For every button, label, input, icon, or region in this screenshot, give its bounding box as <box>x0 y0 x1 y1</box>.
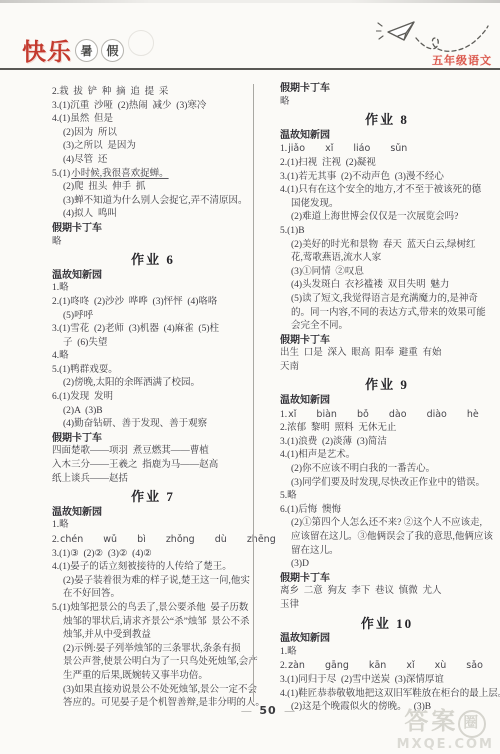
grade-subject-label: 五年级语文 <box>432 52 492 68</box>
section-heading: 温故知新园 <box>280 632 494 646</box>
page-header: 快乐暑假 五年级语文 <box>0 0 500 70</box>
line-text: 四面楚歌——项羽 煮豆燃萁——曹植 <box>52 446 209 456</box>
right-column: 假期卡丁车略作业 8温故知新园1.jiǎo xǐ liáo sǔn2.(1)扫视… <box>280 82 494 715</box>
line-text: 玉律 <box>280 600 299 610</box>
answer-line: 4.略 <box>52 350 254 364</box>
section-heading: 温故知新园 <box>52 506 254 520</box>
line-text: xǐ biàn bǒ dào diào hè <box>288 409 479 420</box>
answer-line: (2)①第四个人怎么还不来? ②这个人不应该走, <box>280 517 494 531</box>
column-divider <box>253 84 254 702</box>
answer-line: (2)因为 所以 <box>52 127 254 141</box>
line-text: (3)如果直接劝说景公不处死烛邹,景公一定不会 <box>63 685 257 695</box>
line-text: (5)呼呼 <box>63 311 93 321</box>
line-text: (2)晏子装着很为难的样子说,楚王这一问,他实 <box>63 576 250 586</box>
line-text: 4.(1)晏子的话立刻被接待的人传给了楚王。 <box>52 562 232 572</box>
line-prefix: 2. <box>280 661 288 671</box>
answer-line: 2.(1)扫视 注视 (2)凝视 <box>280 157 494 171</box>
answer-line: 6.(1)发现 发明 <box>52 391 254 405</box>
line-text: 温故知新园 <box>280 130 330 141</box>
line-text: 2.(1)咚咚 (2)沙沙 哗哗 (3)怦怦 (4)咯咯 <box>52 297 217 307</box>
line-text: 作业 8 <box>365 112 409 127</box>
line-text: (2)美好的时光和景物 春天 蓝天白云,绿树红 <box>291 240 475 250</box>
answer-line: 离乡 二意 狗友 李下 巷议 慎微 尤人 <box>280 585 494 599</box>
line-text: 温故知新园 <box>280 395 330 406</box>
watermark-brand-circle: 圈 <box>458 710 486 738</box>
answer-line: (2)美好的时光和景物 春天 蓝天白云,绿树红 <box>280 239 494 253</box>
line-text: (2)A (3)B <box>63 406 103 416</box>
line-text: 温故知新园 <box>52 270 102 281</box>
answer-line: (4)拟人 鸣叫 <box>52 208 254 222</box>
answer-line: (5)呼呼 <box>52 310 254 324</box>
line-text: 5.(1)烛邹把景公的鸟丢了,景公要杀他 晏子历数 <box>52 603 248 613</box>
line-text: (2)难道上海世博会仅仅是一次展览会吗? <box>291 212 458 222</box>
line-text: 2.栽 拔 铲 种 摘 追 提 采 <box>52 87 168 97</box>
line-text: 2.浓郁 黎明 照料 无休无止 <box>280 423 396 433</box>
line-text: 假期卡丁车 <box>280 83 330 94</box>
answer-line: 景公声誉,使景公明白为了一只鸟处死烛邹,会产 <box>52 656 254 670</box>
line-text: 3.(1)③ (2)② (3)② (4)② <box>52 549 152 559</box>
line-text: 花,莺歌燕语,流水人家 <box>291 253 381 263</box>
line-text: (4)拟人 鸣叫 <box>63 209 117 219</box>
line-text: 作业 6 <box>131 252 175 267</box>
logo-title: 快乐 <box>22 39 72 66</box>
answer-line: 5.(1)烛邹把景公的鸟丢了,景公要杀他 晏子历数 <box>52 602 254 616</box>
line-text: 3.(1)雪花 (2)老师 (3)机器 (4)麻雀 (5)柱 <box>52 324 219 334</box>
line-prefix: 1. <box>280 410 288 420</box>
line-text: 5.略 <box>280 491 297 501</box>
line-text: 生严重的后果,既婉转又事半功倍。 <box>63 671 208 681</box>
logo-ghost-circle <box>128 30 154 56</box>
line-text: 6.(1)发现 发明 <box>52 392 113 402</box>
section-heading: 温故知新园 <box>280 129 494 143</box>
answer-line: 玉律 <box>280 599 494 613</box>
answer-line: (4)头发斑白 衣衫褴褛 双目失明 魅力 <box>280 279 494 293</box>
answer-line: 国佬发现。 <box>280 198 494 212</box>
line-text: 略 <box>52 237 62 247</box>
line-text: (2)傍晚,太阳的余晖洒满了校园。 <box>63 378 200 388</box>
line-text: 离乡 二意 狗友 李下 巷议 慎微 尤人 <box>280 586 442 596</box>
line-text: 1.略 <box>52 283 69 293</box>
line-text: 6.(1)后悔 懊悔 <box>280 505 341 515</box>
line-text: 4.(1)相声是艺术。 <box>280 450 355 460</box>
line-text: (3)同学们要及时发现,尽快改正作业中的错误。 <box>291 478 485 488</box>
answer-line: (4)勤奋钻研、善于发现、善于观察 <box>52 418 254 432</box>
answer-line: 3.(1)同归于尽 (2)雪中送炭 (3)深情厚谊 <box>280 674 494 688</box>
answer-line: (3)之所以 是因为 <box>52 140 254 154</box>
line-text: 温故知新园 <box>280 633 330 644</box>
line-text: 在不好回答。 <box>63 589 120 599</box>
line-prefix: 1. <box>280 144 288 154</box>
line-text: (2)爬 扭头 伸手 抓 <box>63 182 145 192</box>
answer-line: 略 <box>280 96 494 110</box>
answer-line: 应该留在这儿。③他俩误会了我的意思,他俩应该 <box>280 531 494 545</box>
answer-line: 的。同一内容,不同的表达方式,带来的效果可能 <box>280 307 494 321</box>
watermark-brand-text: 答案 <box>404 709 458 735</box>
line-text: 天南 <box>280 362 299 372</box>
answer-line: 2.zàn gāng kān xǐ xù sǎo zhēn pō <box>280 659 494 674</box>
section-heading: 假期卡丁车 <box>52 432 254 446</box>
line-text: 纸上谈兵——赵括 <box>52 474 128 484</box>
answer-line: 生严重的后果,既婉转又事半功倍。 <box>52 670 254 684</box>
line-text: 景公声誉,使景公明白为了一只鸟处死烛邹,会产 <box>63 657 258 667</box>
page-number-value: 50 <box>259 704 276 717</box>
line-text: (2)你不应该不明白我的一番苦心。 <box>291 464 435 474</box>
line-text: (2)示例:晏子列举烛邹的三条罪状,条条有损 <box>63 644 241 654</box>
answer-line: 4.(1)只有在这个安全的地方,才不至于被该死的德 <box>280 184 494 198</box>
answer-line: 会完全不同。 <box>280 320 494 334</box>
logo-bubble-char: 暑 <box>75 39 98 62</box>
line-text: 作业 7 <box>131 489 175 504</box>
answer-line: (2)晏子装着很为难的样子说,楚王这一问,他实 <box>52 575 254 589</box>
watermark-site: MXQE.COM <box>397 738 494 752</box>
answer-line: 在不好回答。 <box>52 588 254 602</box>
line-text: 4.(1)鞋匠恭恭敬敬地把这双旧军鞋放在柜台的最上层。 <box>280 689 500 699</box>
answer-line: 6.(1)后悔 懊悔 <box>280 504 494 518</box>
line-text: 烛邹的罪状后,请求齐景公“杀”烛邹 景公不杀 <box>63 617 250 627</box>
answer-line: 四面楚歌——项羽 煮豆燃萁——曹植 <box>52 445 254 459</box>
section-heading: 温故知新园 <box>52 269 254 283</box>
answer-line: (3)如果直接劝说景公不处死烛邹,景公一定不会 <box>52 684 254 698</box>
answer-line: 5.略 <box>280 490 494 504</box>
answer-line: 4.(1)相声是艺术。 <box>280 449 494 463</box>
line-text: 会完全不同。 <box>291 321 348 331</box>
answer-line: 3.(1)沉重 沙哑 (2)热闹 减少 (3)寒冷 <box>52 100 254 114</box>
answer-line: (4)尽管 还 <box>52 154 254 168</box>
line-text: 烛邹,并从中受到教益 <box>63 630 151 640</box>
line-text: 的。同一内容,不同的表达方式,带来的效果可能 <box>291 308 486 318</box>
line-text: jiǎo xǐ liáo sǔn <box>288 143 407 154</box>
answer-line: 2.(1)咚咚 (2)沙沙 哗哗 (3)怦怦 (4)咯咯 <box>52 296 254 310</box>
line-text: (4)头发斑白 衣衫褴褛 双目失明 魅力 <box>291 280 449 290</box>
line-text: 5.(1)鸭群戏耍。 <box>52 365 118 375</box>
answer-line: 1.略 <box>52 519 254 533</box>
line-text: 作业 10 <box>361 616 413 631</box>
section-heading: 假期卡丁车 <box>52 222 254 236</box>
answer-line: 1.略 <box>52 282 254 296</box>
page-number-dash: — <box>277 706 303 717</box>
line-text: (4)尽管 还 <box>63 155 107 165</box>
line-text: zàn gāng kān xǐ xù sǎo zhēn pō <box>288 660 500 671</box>
answer-line: (3)同学们要及时发现,尽快改正作业中的错误。 <box>280 477 494 491</box>
answer-line: (3)D <box>280 558 494 572</box>
line-text: (2)①第四个人怎么还不来? ②这个人不应该走, <box>291 518 482 528</box>
line-text: 子 (6)失望 <box>63 338 107 348</box>
line-text: 温故知新园 <box>52 507 102 518</box>
answer-line: 2.栽 拔 铲 种 摘 追 提 采 <box>52 86 254 100</box>
line-text: 3.(1)若无其事 (2)不动声色 (3)漫不经心 <box>280 172 444 182</box>
answer-line: 留在这儿。 <box>280 545 494 559</box>
answer-line: (2)A (3)B <box>52 405 254 419</box>
line-text: 3.(1)同归于尽 (2)雪中送炭 (3)深情厚谊 <box>280 675 444 685</box>
watermark: 答案圈 MXQE.COM <box>397 710 494 752</box>
answer-line: 4.(1)晏子的话立刻被接待的人传给了楚王。 <box>52 561 254 575</box>
assignment-title: 作业 7 <box>52 490 254 504</box>
line-text: 1.略 <box>52 520 69 530</box>
answer-line: 纸上谈兵——赵括 <box>52 473 254 487</box>
answers-body: 2.栽 拔 铲 种 摘 追 提 采3.(1)沉重 沙哑 (2)热闹 减少 (3)… <box>0 82 500 722</box>
line-text: 4.(1)虽然 但是 <box>52 114 113 124</box>
line-text: 作业 9 <box>365 377 409 392</box>
answer-line: 3.(1)浪费 (2)淡薄 (3)简洁 <box>280 436 494 450</box>
section-heading: 假期卡丁车 <box>280 82 494 96</box>
line-text: 4.(1)只有在这个安全的地方,才不至于被该死的德 <box>280 185 481 195</box>
line-text: 1.略 <box>280 647 297 657</box>
line-text: (4)勤奋钻研、善于发现、善于观察 <box>63 419 207 429</box>
line-text: 5.(1)B <box>280 226 305 236</box>
line-text: 假期卡丁车 <box>52 433 102 444</box>
assignment-title: 作业 10 <box>280 617 494 631</box>
line-text: 2.(1)扫视 注视 (2)凝视 <box>280 158 376 168</box>
answer-line: 略 <box>52 236 254 250</box>
answer-line: 烛邹的罪状后,请求齐景公“杀”烛邹 景公不杀 <box>52 616 254 630</box>
answer-line: 3.(1)若无其事 (2)不动声色 (3)漫不经心 <box>280 171 494 185</box>
line-text: 国佬发现。 <box>291 199 339 209</box>
line-text: 假期卡丁车 <box>52 223 102 234</box>
answer-line: 5.(1)鸭群戏耍。 <box>52 364 254 378</box>
line-text: 假期卡丁车 <box>280 573 330 584</box>
answer-line: 4.(1)鞋匠恭恭敬敬地把这双旧军鞋放在柜台的最上层。 <box>280 688 494 702</box>
answer-line: (2)难道上海世博会仅仅是一次展览会吗? <box>280 211 494 225</box>
line-text: (3)①同情 ②叹息 <box>291 267 364 277</box>
assignment-title: 作业 9 <box>280 378 494 392</box>
line-prefix: 5.(1) <box>52 169 71 179</box>
answer-line: 5.(1)小时候,我很喜欢捉蝉。 <box>52 168 254 182</box>
answer-line: 花,莺歌燕语,流水人家 <box>280 252 494 266</box>
line-text: 入木三分——王羲之 指鹿为马——赵高 <box>52 460 218 470</box>
line-text: 假期卡丁车 <box>280 335 330 346</box>
line-text: (5)读了短文,我觉得语言是充满魔力的,是神奇 <box>291 294 478 304</box>
answer-line: (2)你不应该不明白我的一番苦心。 <box>280 463 494 477</box>
line-text: 3.(1)浪费 (2)淡薄 (3)简洁 <box>280 437 387 447</box>
logo: 快乐暑假 <box>22 30 154 67</box>
answer-line: 出生 口是 深入 眼高 阳奉 避重 有始 <box>280 347 494 361</box>
assignment-title: 作业 6 <box>52 253 254 267</box>
answer-line: (3)①同情 ②叹息 <box>280 266 494 280</box>
answer-line: 3.(1)雪花 (2)老师 (3)机器 (4)麻雀 (5)柱 <box>52 323 254 337</box>
line-text: 小时候,我很喜欢捉蝉。 <box>71 169 168 179</box>
answer-line: 烛邹,并从中受到教益 <box>52 629 254 643</box>
answer-line: 1.jiǎo xǐ liáo sǔn <box>280 142 494 157</box>
answer-line: (2)示例:晏子列举烛邹的三条罪状,条条有损 <box>52 643 254 657</box>
line-text: 3.(1)沉重 沙哑 (2)热闹 减少 (3)寒冷 <box>52 101 206 111</box>
answer-line: 1.xǐ biàn bǒ dào diào hè <box>280 408 494 423</box>
line-text: chén wǔ bì zhǒng dù zhēng <box>60 534 276 545</box>
logo-bubble-char: 假 <box>101 39 124 62</box>
answer-line: 3.(1)③ (2)② (3)② (4)② <box>52 548 254 562</box>
answer-line: 1.略 <box>280 646 494 660</box>
line-text: 4.略 <box>52 351 69 361</box>
page-number-dash: — <box>233 706 259 717</box>
line-text: 应该留在这儿。③他俩误会了我的意思,他俩应该 <box>291 532 493 542</box>
line-prefix: 2. <box>52 535 60 545</box>
assignment-title: 作业 8 <box>280 113 494 127</box>
line-text: (3)D <box>291 559 309 569</box>
section-heading: 温故知新园 <box>280 394 494 408</box>
answer-line: (3)蝉不知道为什么别人会捉它,弄不清原因。 <box>52 195 254 209</box>
section-heading: 假期卡丁车 <box>280 572 494 586</box>
answer-line: 2.浓郁 黎明 照料 无休无止 <box>280 422 494 436</box>
answer-line: (2)傍晚,太阳的余晖洒满了校园。 <box>52 377 254 391</box>
answer-line: 天南 <box>280 361 494 375</box>
answer-line: 5.(1)B <box>280 225 494 239</box>
answer-line: (5)读了短文,我觉得语言是充满魔力的,是神奇 <box>280 293 494 307</box>
answer-line: (2)爬 扭头 伸手 抓 <box>52 181 254 195</box>
answer-line: 子 (6)失望 <box>52 337 254 351</box>
answer-line: 入木三分——王羲之 指鹿为马——赵高 <box>52 459 254 473</box>
line-text: (2)因为 所以 <box>63 128 117 138</box>
left-column: 2.栽 拔 铲 种 摘 追 提 采3.(1)沉重 沙哑 (2)热闹 减少 (3)… <box>52 86 254 711</box>
watermark-brand: 答案圈 <box>397 710 494 738</box>
line-text: 留在这儿。 <box>291 546 339 556</box>
section-heading: 假期卡丁车 <box>280 334 494 348</box>
answer-line: 4.(1)虽然 但是 <box>52 113 254 127</box>
line-text: (3)之所以 是因为 <box>63 141 136 151</box>
answer-line: 2.chén wǔ bì zhǒng dù zhēng <box>52 533 254 548</box>
workbook-answer-page: 快乐暑假 五年级语文 2.栽 拔 铲 种 摘 追 提 采3.(1)沉重 沙哑 (… <box>0 0 500 754</box>
line-text: 出生 口是 深入 眼高 阳奉 避重 有始 <box>280 348 442 358</box>
line-text: (3)蝉不知道为什么别人会捉它,弄不清原因。 <box>63 196 247 206</box>
line-text: 略 <box>280 97 290 107</box>
